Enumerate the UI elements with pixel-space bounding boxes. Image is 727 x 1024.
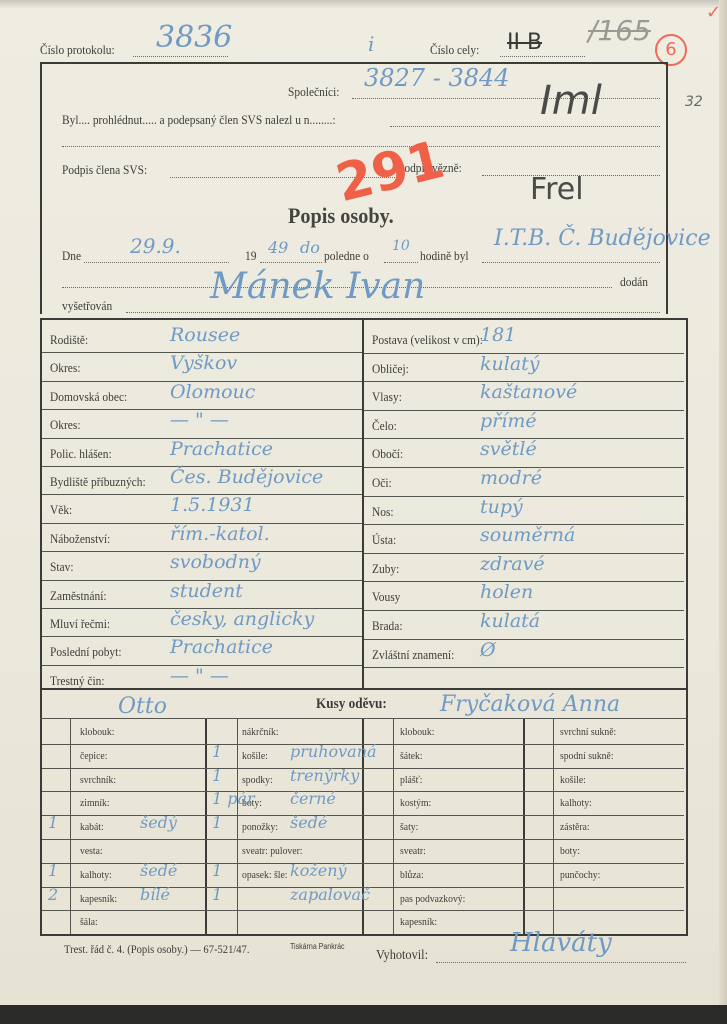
clothing-qty: 1 [48, 813, 58, 832]
clothing-value: šedé [290, 813, 327, 832]
paper-right-edge [719, 0, 727, 1024]
clothing-label: svrchní sukně: [560, 726, 616, 738]
field-value: Vyškov [170, 352, 237, 374]
clothing-value: pruhovaná [290, 742, 377, 761]
clothing-label: šátek: [400, 750, 423, 762]
clothing-value: černé [290, 789, 336, 808]
protocol-no-value: 3836 [156, 20, 232, 55]
field-value: kaštanové [480, 381, 577, 403]
scan-bottom-edge [0, 1005, 727, 1024]
clothing-row-divider [42, 863, 684, 864]
clothing-label: kapesník: [400, 916, 437, 928]
field-value: česky, anglicky [170, 608, 314, 630]
date-line [84, 262, 229, 263]
clothing-value: trenýrky [290, 766, 359, 785]
field-label: Trestný čin: [50, 673, 105, 689]
year-line [260, 262, 322, 263]
clothing-qty: 1 pár [212, 789, 255, 808]
clothing-label: kostým: [400, 797, 431, 809]
noon-label: poledne o [324, 248, 369, 264]
protocol-no-line [133, 56, 228, 57]
inspected-label: Byl.... prohlédnut..... a podepsaný člen… [62, 112, 336, 128]
inspected-line-2 [62, 146, 660, 147]
printer-name: Tiskárna Pankrác [290, 942, 345, 951]
clothing-header-line [40, 718, 686, 719]
field-value: Prachatice [170, 636, 273, 658]
field-value: řím.-katol. [170, 523, 270, 545]
clothing-qty: 1 [212, 861, 222, 880]
clothing-label: opasek: šle: [242, 869, 287, 881]
hour-value: 10 [392, 238, 410, 254]
clothing-label: šála: [80, 916, 98, 928]
field-label: Náboženství: [50, 531, 110, 547]
margin-note: 32 [685, 94, 703, 110]
prepared-by-signature: Hlaváty [510, 928, 612, 958]
clothing-label: zástěra: [560, 821, 590, 833]
field-label: Ústa: [372, 532, 396, 548]
field-value: Prachatice [170, 438, 273, 460]
year-label: 19 [245, 248, 256, 264]
clothing-vline-1 [70, 718, 71, 934]
field-value: — " — [170, 409, 229, 431]
field-value: holen [480, 581, 533, 603]
field-value: Olomouc [170, 381, 255, 403]
prepared-by-label: Vyhotovil: [376, 948, 428, 964]
clothing-label: spodky: [242, 774, 273, 786]
clothing-qty: 1 [212, 813, 222, 832]
clothing-label: kapesník: [80, 893, 117, 905]
clothing-label: kalhoty: [80, 869, 112, 881]
clothing-label: klobouk: [80, 726, 114, 738]
clothing-label: vesta: [80, 845, 103, 857]
clothing-qty: 1 [48, 861, 58, 880]
field-label: Postava (velikost v cm): [372, 332, 483, 348]
field-label: Okres: [50, 360, 81, 376]
interrogated-label: vyšetřován [62, 298, 112, 314]
field-value: modré [480, 467, 542, 489]
cell-no-label: Číslo cely: [430, 42, 479, 58]
field-label: Polic. hlášen: [50, 446, 112, 462]
date-value: 29.9. [130, 234, 181, 258]
clothing-label: klobouk: [400, 726, 434, 738]
field-value: Rousee [170, 324, 240, 346]
field-label: Poslední pobyt: [50, 644, 122, 660]
accomplices-label: Společníci: [288, 84, 339, 100]
form-title: Popis osoby. [288, 203, 394, 229]
clothing-row-divider [42, 815, 684, 816]
clothing-vline-6 [523, 718, 525, 934]
clothing-label: ponožky: [242, 821, 278, 833]
field-value: kulatá [480, 610, 540, 632]
field-label: Zvláštní znamení: [372, 647, 454, 663]
clothing-qty: 1 [212, 766, 222, 785]
field-label: Vlasy: [372, 389, 402, 405]
field-label: Nos: [372, 504, 394, 520]
field-label: Stav: [50, 559, 74, 575]
field-label: Zuby: [372, 561, 399, 577]
clothing-label: plášť: [400, 774, 422, 786]
clothing-label: kabát: [80, 821, 104, 833]
field-label: Brada: [372, 618, 402, 634]
row-divider [364, 667, 684, 668]
pencil-note-1: Iml [540, 78, 602, 124]
field-label: Rodiště: [50, 332, 88, 348]
field-value: student [170, 580, 243, 602]
prepared-by-line [436, 962, 686, 963]
field-value: světlé [480, 438, 537, 460]
clothing-value: šedé [140, 861, 177, 880]
clothing-qty: 1 [212, 885, 222, 904]
delivered-label: dodán [620, 274, 648, 290]
clothing-value: bílé [140, 885, 170, 904]
field-value: souměrná [480, 524, 575, 546]
field-label: Okres: [50, 417, 81, 433]
field-label: Zaměstnání: [50, 588, 107, 604]
field-label: Věk: [50, 502, 72, 518]
scan-top-shadow [0, 0, 727, 8]
field-value: Ø [480, 639, 496, 661]
ampm-value: do [300, 238, 320, 257]
field-label: Bydliště příbuzných: [50, 474, 146, 490]
clothing-label: blůza: [400, 869, 424, 881]
name-value: Mánek Ivan [210, 266, 425, 307]
clothing-row-divider [42, 910, 684, 911]
personal-details-box [40, 318, 688, 698]
protocol-no-label: Číslo protokolu: [40, 42, 115, 58]
interrogated-line [126, 312, 660, 313]
field-value: tupý [480, 496, 523, 518]
field-value: zdravé [480, 553, 545, 575]
accomplices-value: 3827 - 3844 [364, 64, 510, 92]
clothing-label: punčochy: [560, 869, 600, 881]
clothing-label: pas podvazkový: [400, 893, 465, 905]
clothing-vline-7 [553, 718, 554, 934]
field-value: — " — [170, 665, 229, 687]
cell-no-crossed: /165 [588, 14, 651, 47]
year-value: 49 [268, 238, 288, 257]
clothing-value: šedý [140, 813, 177, 832]
footer-print: Trest. řád č. 4. (Popis osoby.) — 67-521… [64, 942, 249, 957]
clothing-label: sveatr: [400, 845, 426, 857]
clothing-label: zimník: [80, 797, 110, 809]
clothing-label: čepice: [80, 750, 107, 762]
red-check-mark: ✓ [706, 2, 721, 23]
cell-no-line [500, 56, 585, 57]
field-label: Oči: [372, 475, 392, 491]
details-divider [362, 318, 364, 688]
field-label: Domovská obec: [50, 389, 127, 405]
clothing-label: kalhoty: [560, 797, 592, 809]
row-divider [364, 496, 684, 497]
field-label: Obličej: [372, 361, 409, 377]
field-value: Čes. Budějovice [170, 466, 323, 488]
field-label: Obočí: [372, 446, 403, 462]
field-value: 181 [480, 324, 516, 346]
institution-line [482, 262, 660, 263]
hour-line [384, 262, 418, 263]
clothing-label: svrchník: [80, 774, 116, 786]
field-value: kulatý [480, 353, 540, 375]
clothing-label: košile: [560, 774, 586, 786]
accomplices-line [352, 98, 660, 99]
clothing-label: spodní sukně: [560, 750, 614, 762]
field-label: Mluví řečmi: [50, 616, 110, 632]
field-value: 1.5.1931 [170, 494, 255, 516]
field-value: svobodný [170, 551, 261, 573]
svs-signature-label: Podpis člena SVS: [62, 162, 147, 178]
institution-value: I.T.B. Č. Budějovice [494, 226, 711, 251]
clothing-vline-2 [205, 718, 207, 934]
clothing-value: zapalovač [290, 885, 370, 904]
clothing-row-divider [42, 768, 684, 769]
row-divider [364, 639, 684, 640]
clothing-label: košile: [242, 750, 268, 762]
clothing-vline-3 [237, 718, 238, 934]
clothing-label: šaty: [400, 821, 418, 833]
field-label: Vousy [372, 589, 400, 605]
pencil-note-2: Frel [530, 172, 584, 207]
mark-i: i [368, 32, 374, 56]
clothing-vline-5 [393, 718, 394, 934]
clothing-qty: 2 [48, 885, 58, 904]
clothing-label: boty: [560, 845, 580, 857]
inspected-line [390, 126, 660, 127]
date-label: Dne [62, 248, 81, 264]
clothing-qty: 1 [212, 742, 222, 761]
clothing-row-divider [42, 791, 684, 792]
clothing-label: sveatr: pulover: [242, 845, 302, 857]
cell-no-value: II B [507, 30, 542, 55]
clothing-label: nákrčník: [242, 726, 279, 738]
hour-label: hodině byl [420, 248, 469, 264]
clothing-value: kožený [290, 861, 347, 880]
clothing-row-divider [42, 839, 684, 840]
field-label: Čelo: [372, 418, 397, 434]
field-value: přímé [480, 410, 537, 432]
